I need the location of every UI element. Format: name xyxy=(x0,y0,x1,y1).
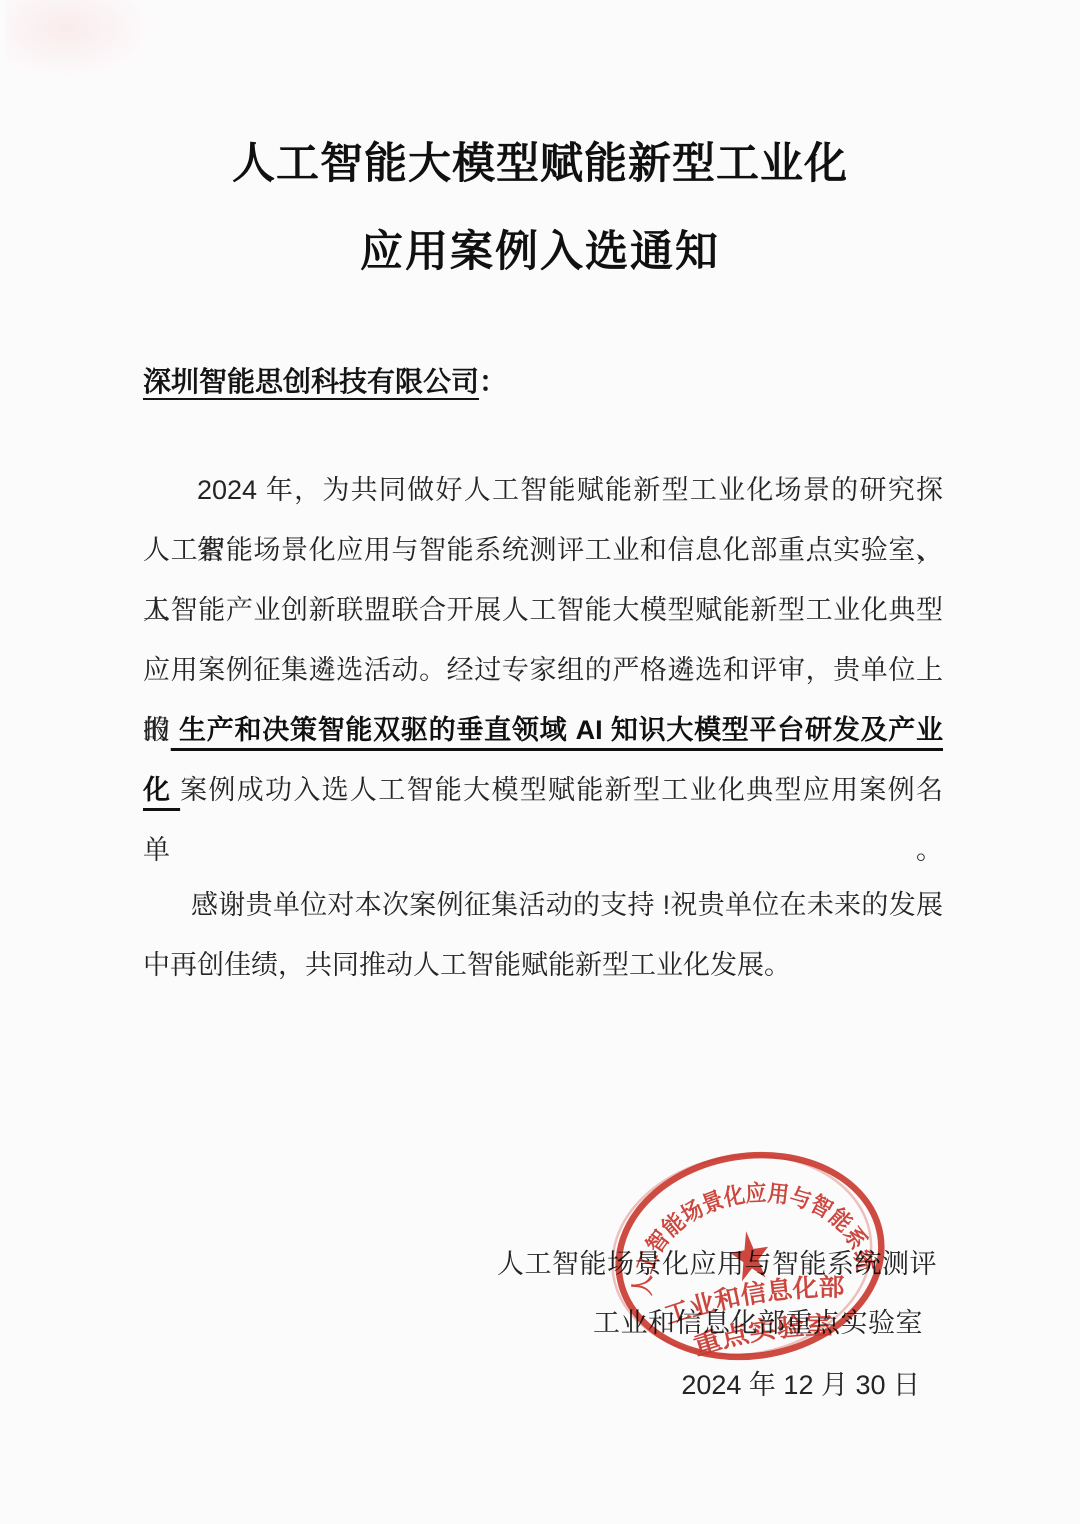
body-line: 2024 年，为共同做好人工智能赋能新型工业化场景的研究探索， xyxy=(143,460,943,520)
ink-smudge xyxy=(6,0,156,80)
document-page: 人工智能大模型赋能新型工业化 应用案例入选通知 深圳智能思创科技有限公司： 20… xyxy=(0,0,1080,1524)
case-name-text: 生产和决策智能双驱的垂直领域 AI 知识大模型平台研发及产业 xyxy=(171,715,943,745)
stamp-arc-text: 人工智能场景化应用与智能系统测评 xyxy=(564,1108,879,1319)
addressee-company-name: 深圳智能思创科技有限公司 xyxy=(143,366,479,397)
svg-text:人工智能场景化应用与智能系统测评: 人工智能场景化应用与智能系统测评 xyxy=(564,1108,879,1319)
document-title-line2: 应用案例入选通知 xyxy=(0,218,1080,279)
body-line: 感谢贵单位对本次案例征集活动的支持 !祝贵单位在未来的发展 xyxy=(143,875,943,935)
case-name-text-cont: 化 xyxy=(143,775,180,805)
body-line: 应用案例征集遴选活动。经过专家组的严格遴选和评审，贵单位上报 xyxy=(143,640,943,700)
signature-org-line1: 人工智能场景化应用与智能系统测评 xyxy=(497,1247,937,1281)
signature-date: 2024 年 12 月 30 日 xyxy=(681,1368,920,1402)
body-line: 工智能产业创新联盟联合开展人工智能大模型赋能新型工业化典型 xyxy=(143,580,943,640)
case-name-prefix: 的 xyxy=(143,715,171,745)
body-line-case-name-end: 化 案例成功入选人工智能大模型赋能新型工业化典型应用案例名单。 xyxy=(143,760,943,820)
case-name-rest: 案例成功入选人工智能大模型赋能新型工业化典型应用案例名单。 xyxy=(143,775,943,865)
body-line-case-name-start: 的 生产和决策智能双驱的垂直领域 AI 知识大模型平台研发及产业 xyxy=(143,700,943,760)
paragraph-2: 感谢贵单位对本次案例征集活动的支持 !祝贵单位在未来的发展 中再创佳绩，共同推动… xyxy=(143,875,943,995)
document-title-line1: 人工智能大模型赋能新型工业化 xyxy=(0,130,1080,191)
addressee-line: 深圳智能思创科技有限公司： xyxy=(143,360,507,400)
body-line: 人工智能场景化应用与智能系统测评工业和信息化部重点实验室、人 xyxy=(143,520,943,580)
paragraph-1: 2024 年，为共同做好人工智能赋能新型工业化场景的研究探索， 人工智能场景化应… xyxy=(143,460,943,820)
body-line: 中再创佳绩，共同推动人工智能赋能新型工业化发展。 xyxy=(143,935,943,995)
addressee-colon: ： xyxy=(479,366,507,397)
signature-org-line2: 工业和信息化部重点实验室 xyxy=(593,1306,923,1340)
